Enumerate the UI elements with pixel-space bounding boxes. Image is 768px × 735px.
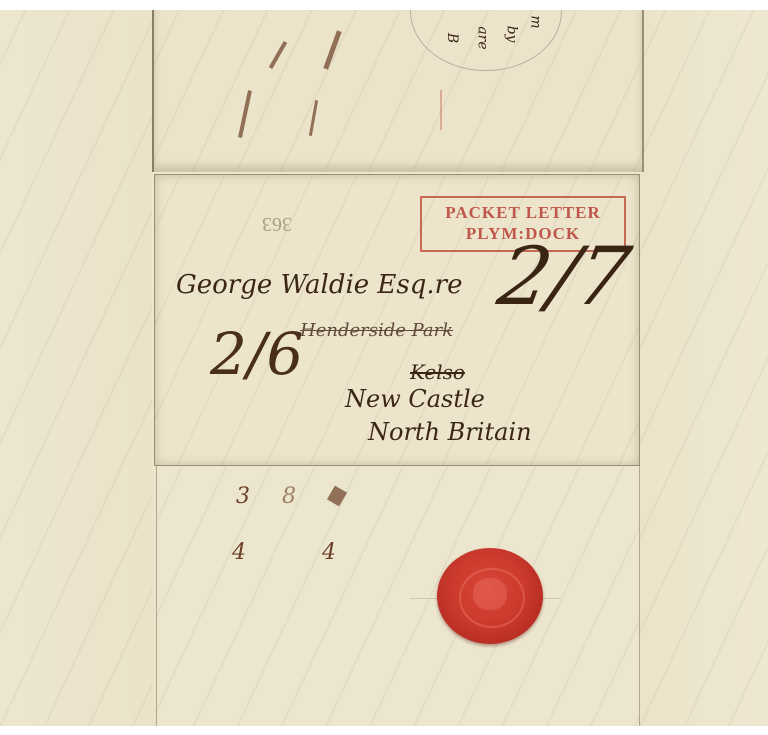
address-town: New Castle xyxy=(345,385,485,413)
right-panel xyxy=(640,10,768,726)
red-wax-seal xyxy=(437,548,543,644)
address-recipient: George Waldie Esq.re xyxy=(176,270,462,300)
address-country: North Britain xyxy=(368,418,532,446)
bottom-fold-panel xyxy=(156,466,640,726)
flap-word: are xyxy=(475,26,491,49)
red-offset-mark xyxy=(440,90,442,130)
offset-numeral: 4 xyxy=(232,540,246,565)
flap-word: m xyxy=(528,15,544,28)
top-fold-panel xyxy=(152,10,644,172)
flap-word: by xyxy=(503,26,519,43)
offset-numeral: 3 xyxy=(236,484,250,509)
handstamp-line-1: PACKET LETTER xyxy=(422,202,624,223)
postage-rate-left: 2/6 xyxy=(210,320,303,388)
letter-sheet xyxy=(0,10,768,726)
address-struck-line-2: Kelso xyxy=(410,360,465,384)
flap-word: B xyxy=(444,33,460,43)
address-struck-line-1: Henderside Park xyxy=(300,320,453,341)
postage-rate-large: 2/7 xyxy=(492,230,637,323)
offset-numeral: 8 xyxy=(282,484,296,509)
inverted-datestamp: 363 xyxy=(262,212,292,235)
seal-crest-icon xyxy=(473,578,507,610)
offset-numeral: 4 xyxy=(322,540,336,565)
left-panel xyxy=(0,10,152,726)
